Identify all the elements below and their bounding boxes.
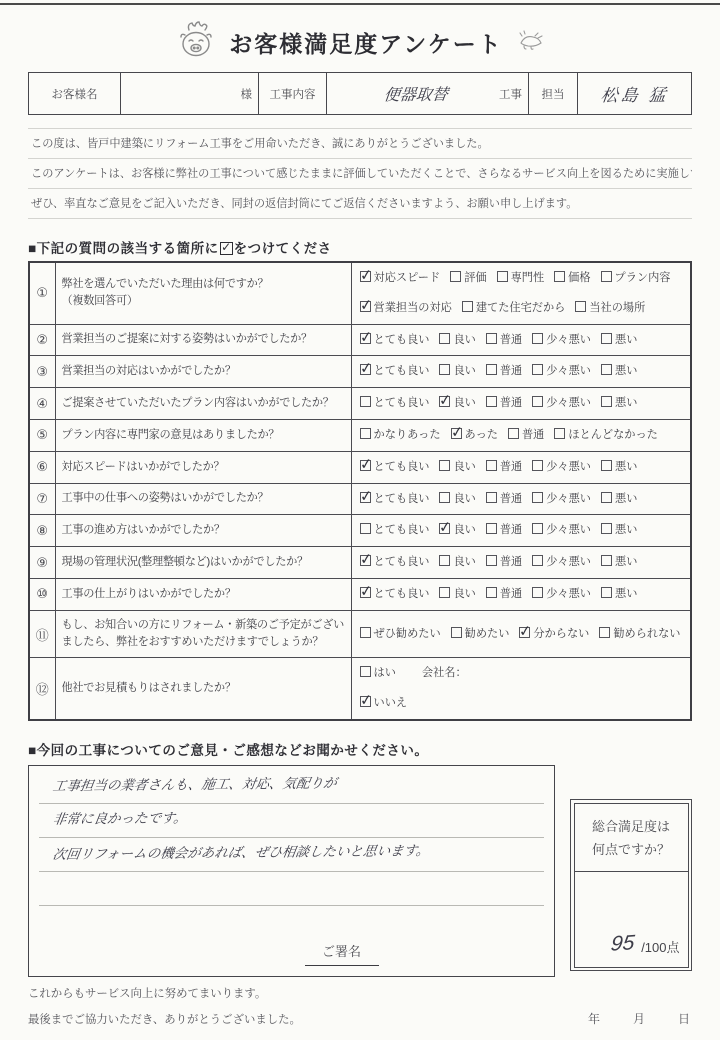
checkbox-icon[interactable] xyxy=(486,523,497,534)
question-line: ご提案させていただいたプラン内容はいかがでしたか？ xyxy=(62,395,345,412)
checkbox-icon[interactable] xyxy=(532,396,543,407)
question-text: 弊社を選んでいただいた理由は何ですか？（複数回答可） xyxy=(55,262,351,324)
question-line: ましたら、弊社をおすすめいただけますでしょうか？ xyxy=(62,634,345,651)
question-number: ① xyxy=(29,262,55,324)
option-label: 対応スピード xyxy=(374,272,441,284)
option: 勧められない xyxy=(599,626,680,643)
checkbox-icon[interactable] xyxy=(532,523,543,534)
question-line: 弊社を選んでいただいた理由は何ですか？ xyxy=(62,276,345,293)
question-text: 営業担当のご提案に対する姿勢はいかがでしたか？ xyxy=(55,324,351,356)
option: とても良い xyxy=(360,554,430,571)
option-line: とても良い良い普通少々悪い悪い xyxy=(360,395,683,412)
satisfaction-title: 総合満足度は 何点ですか？ xyxy=(575,804,688,873)
question-line: 工事中の仕事への姿勢はいかがでしたか？ xyxy=(62,490,345,507)
checkbox-icon[interactable] xyxy=(486,587,497,598)
satisfaction-title-line2: 何点ですか？ xyxy=(592,842,670,857)
checkbox-icon[interactable] xyxy=(450,271,461,282)
option-label: かなりあった xyxy=(374,429,441,441)
answer-options: とても良い良い普通少々悪い悪い xyxy=(351,324,691,356)
answer-options: かなりあったあった普通ほとんどなかった xyxy=(351,419,691,451)
checkbox-icon[interactable] xyxy=(575,301,586,312)
checkbox-icon[interactable] xyxy=(532,364,543,375)
question-row: ②営業担当のご提案に対する姿勢はいかがでしたか？とても良い良い普通少々悪い悪い xyxy=(29,324,691,356)
option-label: ほとんどなかった xyxy=(568,429,658,441)
checkbox-icon[interactable] xyxy=(486,333,497,344)
option: 悪い xyxy=(601,522,637,539)
question-text: 他社でお見積もりはされましたか？ xyxy=(55,658,351,720)
satisfaction-title-line1: 総合満足度は xyxy=(592,819,670,834)
option: 良い xyxy=(439,459,475,476)
work-content-field[interactable]: 便器取替 工事 xyxy=(327,73,529,115)
answer-options: とても良い良い普通少々悪い悪い xyxy=(351,388,691,420)
checkbox-icon[interactable] xyxy=(360,627,371,638)
header: お客様満足度アンケート xyxy=(28,18,692,66)
question-number: ⑫ xyxy=(29,658,55,720)
option: 良い xyxy=(439,332,475,349)
signature-underline xyxy=(305,965,379,966)
option: はい xyxy=(360,665,396,682)
option: 普通 xyxy=(486,395,522,412)
intro-line: このアンケートは、お客様に弊社の工事について感じたままに評価していただくことで、… xyxy=(28,159,692,189)
option: 少々悪い xyxy=(532,332,591,349)
option-label: とても良い xyxy=(374,461,430,473)
checkbox-icon[interactable] xyxy=(360,523,371,534)
option-label: 普通 xyxy=(500,588,522,600)
option-label: とても良い xyxy=(374,397,430,409)
question-text: ご提案させていただいたプラン内容はいかがでしたか？ xyxy=(55,388,351,420)
question-text: 工事の仕上がりはいかがでしたか？ xyxy=(55,578,351,610)
checkbox-checked-icon[interactable] xyxy=(360,460,371,471)
option-label: とても良い xyxy=(374,524,430,536)
question-line: 営業担当の対応はいかがでしたか？ xyxy=(62,363,345,380)
option: 建てた住宅だから xyxy=(462,300,566,317)
option-label: 普通 xyxy=(522,429,544,441)
option-label: 少々悪い xyxy=(546,493,591,505)
option-label: 良い xyxy=(453,365,475,377)
footer-line2: 最後までご協力いただき、ありがとうございました。 xyxy=(28,1011,301,1027)
checkbox-icon[interactable] xyxy=(439,587,450,598)
comment-line[interactable]: 次回リフォームの機会があれば、ぜひ相談したいと思います。 xyxy=(39,838,544,872)
checkbox-icon[interactable] xyxy=(439,460,450,471)
checkbox-icon[interactable] xyxy=(601,364,612,375)
comment-handwriting: 工事担当の業者さんも、施工、対応、気配りが xyxy=(51,770,339,801)
question-number: ② xyxy=(29,324,55,356)
section1-heading-pre: ■下記の質問の該当する箇所に xyxy=(28,241,219,256)
option: 良い xyxy=(439,491,475,508)
option-label: とても良い xyxy=(374,365,430,377)
option: 良い xyxy=(439,586,475,603)
survey-page: お客様満足度アンケート お客様名 様 工事内容 便器取替 工事 xyxy=(0,0,720,1040)
option-label: 良い xyxy=(453,588,475,600)
satisfaction-score-field[interactable]: 95 /100点 xyxy=(575,932,688,967)
checkbox-checked-icon[interactable] xyxy=(439,523,450,534)
checkbox-checked-icon[interactable] xyxy=(439,396,450,407)
intro-line: ぜひ、率直なご意見をご記入いただき、同封の返信封筒にてご返信くださいますよう、お… xyxy=(28,189,692,219)
option: 良い xyxy=(439,554,475,571)
option: 少々悪い xyxy=(532,491,591,508)
checkbox-icon[interactable] xyxy=(439,492,450,503)
option-label: 建てた住宅だから xyxy=(476,302,566,314)
option: 普通 xyxy=(486,332,522,349)
comment-line[interactable] xyxy=(39,872,544,906)
section1-heading-post: をつけてくださ xyxy=(234,241,332,256)
checkbox-icon[interactable] xyxy=(486,364,497,375)
option: 勧めたい xyxy=(451,626,510,643)
checkbox-icon[interactable] xyxy=(532,492,543,503)
question-line: もし、お知合いの方にリフォーム・新築のご予定がござい xyxy=(62,617,345,634)
option: 良い xyxy=(439,395,475,412)
option-line: とても良い良い普通少々悪い悪い xyxy=(360,491,683,508)
answer-options: とても良い良い普通少々悪い悪い xyxy=(351,356,691,388)
option: 悪い xyxy=(601,363,637,380)
question-text: 現場の管理状況(整理整頓など)はいかがでしたか？ xyxy=(55,547,351,579)
question-line: 工事の仕上がりはいかがでしたか？ xyxy=(62,586,345,603)
question-text: プラン内容に専門家の意見はありましたか？ xyxy=(55,419,351,451)
option-label: 少々悪い xyxy=(546,556,591,568)
customer-name-label: お客様名 xyxy=(29,73,121,115)
checkbox-checked-icon[interactable] xyxy=(360,333,371,344)
question-line: 工事の進め方はいかがでしたか？ xyxy=(62,522,345,539)
date-label: 年 xyxy=(588,1010,600,1027)
option-line: 対応スピード評価専門性価格プラン内容 xyxy=(360,270,683,287)
option-line: とても良い良い普通少々悪い悪い xyxy=(360,363,683,380)
option-label: ぜひ勧めたい xyxy=(374,628,441,640)
option-label: 良い xyxy=(453,493,475,505)
checkbox-icon[interactable] xyxy=(601,523,612,534)
comment-lines: 工事担当の業者さんも、施工、対応、気配りが非常に良かったです。次回リフォームの機… xyxy=(37,770,546,906)
checkbox-checked-icon[interactable] xyxy=(451,428,462,439)
option-label: 悪い xyxy=(615,461,637,473)
option-label: 普通 xyxy=(500,524,522,536)
option-label: 悪い xyxy=(615,397,637,409)
option-label: とても良い xyxy=(374,556,430,568)
option: 良い xyxy=(439,522,475,539)
option: 専門性 xyxy=(497,270,545,287)
option: ほとんどなかった xyxy=(554,427,658,444)
checkbox-icon[interactable] xyxy=(486,396,497,407)
option-label: とても良い xyxy=(374,588,430,600)
checked-box-icon xyxy=(220,242,233,255)
option-label: 当社の場所 xyxy=(589,302,645,314)
satisfaction-box: 総合満足度は 何点ですか？ 95 /100点 xyxy=(570,799,692,971)
option-label: 少々悪い xyxy=(546,461,591,473)
question-text: 営業担当の対応はいかがでしたか？ xyxy=(55,356,351,388)
question-row: ⑪もし、お知合いの方にリフォーム・新築のご予定がございましたら、弊社をおすすめい… xyxy=(29,610,691,658)
satisfaction-box-inner: 総合満足度は 何点ですか？ 95 /100点 xyxy=(574,803,689,968)
work-content-label: 工事内容 xyxy=(259,73,327,115)
question-row: ⑨現場の管理状況(整理整頓など)はいかがでしたか？とても良い良い普通少々悪い悪い xyxy=(29,547,691,579)
option-label: 良い xyxy=(453,556,475,568)
answer-options: とても良い良い普通少々悪い悪い xyxy=(351,483,691,515)
question-number: ⑦ xyxy=(29,483,55,515)
question-text: もし、お知合いの方にリフォーム・新築のご予定がございましたら、弊社をおすすめいた… xyxy=(55,610,351,658)
option: 普通 xyxy=(486,586,522,603)
satisfaction-score-value: 95 xyxy=(610,931,636,957)
answer-options: とても良い良い普通少々悪い悪い xyxy=(351,451,691,483)
checkbox-icon[interactable] xyxy=(601,460,612,471)
option: とても良い xyxy=(360,459,430,476)
question-number: ⑩ xyxy=(29,578,55,610)
option-label: 悪い xyxy=(615,588,637,600)
date-label: 日 xyxy=(678,1010,690,1027)
checkbox-icon[interactable] xyxy=(601,396,612,407)
option-label: 少々悪い xyxy=(546,588,591,600)
question-line: 現場の管理状況(整理整頓など)はいかがでしたか？ xyxy=(62,554,345,571)
option-line: とても良い良い普通少々悪い悪い xyxy=(360,522,683,539)
option-label: 普通 xyxy=(500,461,522,473)
questions-table: ①弊社を選んでいただいた理由は何ですか？（複数回答可）対応スピード評価専門性価格… xyxy=(28,261,692,721)
option-label: 普通 xyxy=(500,493,522,505)
option-label: いいえ xyxy=(374,697,408,709)
option-line: かなりあったあった普通ほとんどなかった xyxy=(360,427,683,444)
checkbox-icon[interactable] xyxy=(601,271,612,282)
question-text: 工事の進め方はいかがでしたか？ xyxy=(55,515,351,547)
option: いいえ xyxy=(360,695,408,712)
checkbox-icon[interactable] xyxy=(486,492,497,503)
option: ぜひ勧めたい xyxy=(360,626,441,643)
checkbox-icon[interactable] xyxy=(360,666,371,677)
option: 普通 xyxy=(486,491,522,508)
question-number: ③ xyxy=(29,356,55,388)
option-label: 少々悪い xyxy=(546,397,591,409)
option-label: 悪い xyxy=(615,493,637,505)
option: 当社の場所 xyxy=(575,300,645,317)
section2-heading: ■今回の工事についてのご意見・ご感想などお聞かせください。 xyxy=(28,739,692,759)
option: 悪い xyxy=(601,554,637,571)
checkbox-icon[interactable] xyxy=(439,333,450,344)
staff-name-value: 松島 猛 xyxy=(599,81,670,107)
checkbox-icon[interactable] xyxy=(462,301,473,312)
question-text: 工事中の仕事への姿勢はいかがでしたか？ xyxy=(55,483,351,515)
option-label: 悪い xyxy=(615,556,637,568)
question-line: 他社でお見積もりはされましたか？ xyxy=(62,680,345,697)
date-label: 月 xyxy=(633,1010,645,1027)
checkbox-icon[interactable] xyxy=(439,555,450,566)
option: 悪い xyxy=(601,586,637,603)
option-label: 普通 xyxy=(500,365,522,377)
answer-options: ぜひ勧めたい勧めたい分からない勧められない xyxy=(351,610,691,658)
staff-label: 担当 xyxy=(529,73,578,115)
option: 少々悪い xyxy=(532,586,591,603)
question-number: ⑪ xyxy=(29,610,55,658)
checkbox-icon[interactable] xyxy=(508,428,519,439)
option: とても良い xyxy=(360,363,430,380)
option: かなりあった xyxy=(360,427,441,444)
option: 普通 xyxy=(486,459,522,476)
checkbox-icon[interactable] xyxy=(486,555,497,566)
option: 少々悪い xyxy=(532,554,591,571)
signature-label: ご署名 xyxy=(322,941,361,960)
checkbox-checked-icon[interactable] xyxy=(519,627,530,638)
checkbox-icon[interactable] xyxy=(532,460,543,471)
option: 良い xyxy=(439,363,475,380)
checkbox-icon[interactable] xyxy=(532,333,543,344)
question-row: ⑤プラン内容に専門家の意見はありましたか？かなりあったあった普通ほとんどなかった xyxy=(29,419,691,451)
question-number: ⑥ xyxy=(29,451,55,483)
option-extra-label: 会社名： xyxy=(422,667,467,679)
option: 普通 xyxy=(486,363,522,380)
right-column: 総合満足度は 何点ですか？ 95 /100点 xyxy=(570,765,692,971)
intro-line: この度は、皆戸中建築にリフォーム工事をご用命いただき、誠にありがとうございました… xyxy=(28,129,692,159)
intro-block: この度は、皆戸中建築にリフォーム工事をご用命いただき、誠にありがとうございました… xyxy=(28,128,692,219)
option: 少々悪い xyxy=(532,363,591,380)
checkbox-icon[interactable] xyxy=(532,555,543,566)
question-line: （複数回答可） xyxy=(62,293,345,310)
checkbox-icon[interactable] xyxy=(601,555,612,566)
page-title: お客様満足度アンケート xyxy=(229,26,503,59)
option-line: はい会社名： xyxy=(360,665,683,682)
checkbox-icon[interactable] xyxy=(601,492,612,503)
option: 悪い xyxy=(601,332,637,349)
checkbox-checked-icon[interactable] xyxy=(360,301,371,312)
question-number: ⑧ xyxy=(29,515,55,547)
option-label: 少々悪い xyxy=(546,524,591,536)
question-row: ⑧工事の進め方はいかがでしたか？とても良い良い普通少々悪い悪い xyxy=(29,515,691,547)
option: とても良い xyxy=(360,522,430,539)
option: 価格 xyxy=(554,270,590,287)
question-row: ③営業担当の対応はいかがでしたか？とても良い良い普通少々悪い悪い xyxy=(29,356,691,388)
question-row: ⑥対応スピードはいかがでしたか？とても良い良い普通少々悪い悪い xyxy=(29,451,691,483)
option: とても良い xyxy=(360,586,430,603)
option-label: 少々悪い xyxy=(546,334,591,346)
questions-body: ①弊社を選んでいただいた理由は何ですか？（複数回答可）対応スピード評価専門性価格… xyxy=(29,262,691,720)
option-label: 良い xyxy=(453,461,475,473)
option: 悪い xyxy=(601,459,637,476)
option-label: 専門性 xyxy=(511,272,545,284)
question-row: ⑩工事の仕上がりはいかがでしたか？とても良い良い普通少々悪い悪い xyxy=(29,578,691,610)
question-row: ④ご提案させていただいたプラン内容はいかがでしたか？とても良い良い普通少々悪い悪… xyxy=(29,388,691,420)
option: 普通 xyxy=(486,554,522,571)
option-label: 勧められない xyxy=(613,628,680,640)
staff-name-field: 松島 猛 xyxy=(578,73,692,115)
work-suffix-label: 工事 xyxy=(499,86,522,102)
checkbox-icon[interactable] xyxy=(599,627,610,638)
question-number: ④ xyxy=(29,388,55,420)
option-label: 良い xyxy=(453,334,475,346)
info-row: お客様名 様 工事内容 便器取替 工事 担当 松島 猛 xyxy=(29,73,692,115)
question-line: プラン内容に専門家の意見はありましたか？ xyxy=(62,427,345,444)
checkbox-icon[interactable] xyxy=(601,333,612,344)
checkbox-icon[interactable] xyxy=(497,271,508,282)
bottom-region: 工事担当の業者さんも、施工、対応、気配りが非常に良かったです。次回リフォームの機… xyxy=(28,765,692,977)
option-label: 勧めたい xyxy=(465,628,510,640)
option-label: 悪い xyxy=(615,334,637,346)
option-label: 普通 xyxy=(500,397,522,409)
question-text: 対応スピードはいかがでしたか？ xyxy=(55,451,351,483)
question-line: 対応スピードはいかがでしたか？ xyxy=(62,459,345,476)
question-number: ⑤ xyxy=(29,419,55,451)
date-fields[interactable]: 年月日 xyxy=(588,1010,692,1027)
option: 分からない xyxy=(519,626,589,643)
option: 少々悪い xyxy=(532,459,591,476)
signature-area[interactable]: ご署名 xyxy=(37,941,546,976)
option-line: とても良い良い普通少々悪い悪い xyxy=(360,459,683,476)
question-row: ①弊社を選んでいただいた理由は何ですか？（複数回答可）対応スピード評価専門性価格… xyxy=(29,262,691,324)
option-label: 少々悪い xyxy=(546,365,591,377)
doodle-sketch-icon xyxy=(515,26,545,59)
option-line: いいえ xyxy=(360,695,683,712)
question-row: ⑫他社でお見積もりはされましたか？はい会社名：いいえ xyxy=(29,658,691,720)
checkbox-icon[interactable] xyxy=(360,396,371,407)
checkbox-icon[interactable] xyxy=(360,428,371,439)
checkbox-icon[interactable] xyxy=(532,587,543,598)
option: 少々悪い xyxy=(532,522,591,539)
option: 悪い xyxy=(601,395,637,412)
question-line: 営業担当のご提案に対する姿勢はいかがでしたか？ xyxy=(62,331,345,348)
option-line: とても良い良い普通少々悪い悪い xyxy=(360,586,683,603)
customer-name-field[interactable]: 様 xyxy=(121,73,259,115)
option: 少々悪い xyxy=(532,395,591,412)
option: 営業担当の対応 xyxy=(360,300,452,317)
option-label: 良い xyxy=(453,397,475,409)
pig-icon xyxy=(175,20,217,65)
checkbox-checked-icon[interactable] xyxy=(360,555,371,566)
option-label: 分からない xyxy=(533,628,589,640)
option: プラン内容 xyxy=(601,270,671,287)
comment-line[interactable]: 工事担当の業者さんも、施工、対応、気配りが xyxy=(39,770,544,804)
option: 評価 xyxy=(450,270,486,287)
footer-line1: これからもサービス向上に努めてまいります。 xyxy=(28,985,692,1001)
comment-line[interactable]: 非常に良かったです。 xyxy=(39,804,544,838)
option-label: 良い xyxy=(453,524,475,536)
option-label: 評価 xyxy=(464,272,486,284)
checkbox-checked-icon[interactable] xyxy=(360,696,371,707)
checkbox-icon[interactable] xyxy=(554,271,565,282)
option: とても良い xyxy=(360,395,430,412)
checkbox-checked-icon[interactable] xyxy=(360,587,371,598)
satisfaction-denominator-label: /100点 xyxy=(641,940,679,955)
comment-box[interactable]: 工事担当の業者さんも、施工、対応、気配りが非常に良かったです。次回リフォームの機… xyxy=(28,765,555,977)
checkbox-icon[interactable] xyxy=(486,460,497,471)
section1-heading: ■下記の質問の該当する箇所にをつけてくださ xyxy=(28,237,692,257)
answer-options: とても良い良い普通少々悪い悪い xyxy=(351,515,691,547)
option-label: とても良い xyxy=(374,334,430,346)
option: あった xyxy=(451,427,498,444)
option-label: とても良い xyxy=(374,493,430,505)
question-number: ⑨ xyxy=(29,547,55,579)
option: とても良い xyxy=(360,332,430,349)
option-label: 悪い xyxy=(615,524,637,536)
answer-options: 対応スピード評価専門性価格プラン内容営業担当の対応建てた住宅だから当社の場所 xyxy=(351,262,691,324)
comment-handwriting: 非常に良かったです。 xyxy=(51,804,190,835)
option-label: はい xyxy=(374,667,396,679)
footer: これからもサービス向上に努めてまいります。 最後までご協力いただき、ありがとうご… xyxy=(28,985,692,1027)
answer-options: はい会社名：いいえ xyxy=(351,658,691,720)
option-label: 営業担当の対応 xyxy=(374,302,452,314)
checkbox-checked-icon[interactable] xyxy=(360,271,371,282)
checkbox-icon[interactable] xyxy=(451,627,462,638)
work-content-value: 便器取替 xyxy=(332,81,501,105)
checkbox-checked-icon[interactable] xyxy=(360,364,371,375)
footer-row: 最後までご協力いただき、ありがとうございました。 年月日 xyxy=(28,1010,692,1027)
checkbox-icon[interactable] xyxy=(554,428,565,439)
option-line: とても良い良い普通少々悪い悪い xyxy=(360,332,683,349)
info-table: お客様名 様 工事内容 便器取替 工事 担当 松島 猛 xyxy=(28,72,692,115)
option-line: ぜひ勧めたい勧めたい分からない勧められない xyxy=(360,626,683,643)
option-line: とても良い良い普通少々悪い悪い xyxy=(360,554,683,571)
option-label: プラン内容 xyxy=(615,272,671,284)
customer-suffix-label: 様 xyxy=(241,89,253,101)
option-label: 悪い xyxy=(615,365,637,377)
question-row: ⑦工事中の仕事への姿勢はいかがでしたか？とても良い良い普通少々悪い悪い xyxy=(29,483,691,515)
checkbox-icon[interactable] xyxy=(439,364,450,375)
checkbox-icon[interactable] xyxy=(601,587,612,598)
option-label: 価格 xyxy=(568,272,590,284)
option-label: 普通 xyxy=(500,334,522,346)
checkbox-checked-icon[interactable] xyxy=(360,492,371,503)
option: 対応スピード xyxy=(360,270,441,287)
option-label: 普通 xyxy=(500,556,522,568)
